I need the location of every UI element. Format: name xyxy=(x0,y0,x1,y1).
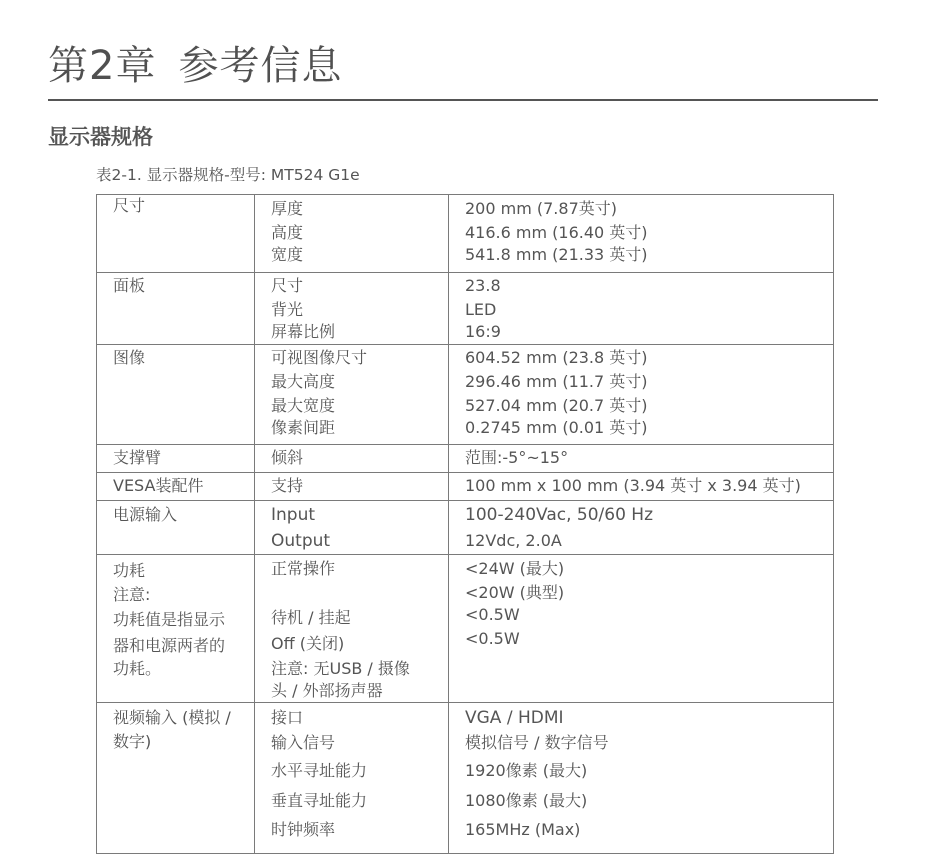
row-labels: Input Output xyxy=(255,501,449,555)
table-caption: 表2-1. 显示器规格-型号: MT524 G1e xyxy=(96,164,360,186)
table-row: 支撑臂 倾斜 范围:-5°~15° xyxy=(97,445,834,473)
row-labels: 正常操作 待机 / 挂起 Off (关闭) 注意: 无USB / 摄像 头 / … xyxy=(255,555,449,703)
table-row: 尺寸 厚度 高度 宽度 200 mm (7.87英寸) 416.6 mm (16… xyxy=(97,195,834,273)
row-labels: 厚度 高度 宽度 xyxy=(255,195,449,273)
row-labels: 倾斜 xyxy=(255,445,449,473)
chapter-name: 参考信息 xyxy=(178,43,342,89)
section-title: 显示器规格 xyxy=(48,122,153,152)
row-labels: 支持 xyxy=(255,473,449,501)
row-values: 23.8 LED 16:9 xyxy=(449,273,834,345)
row-category: 图像 xyxy=(97,345,255,445)
table-row: 功耗 注意: 功耗值是指显示 器和电源两者的 功耗。 正常操作 待机 / 挂起 … xyxy=(97,555,834,703)
row-values: 604.52 mm (23.8 英寸) 296.46 mm (11.7 英寸) … xyxy=(449,345,834,445)
row-values: 100-240Vac, 50/60 Hz 12Vdc, 2.0A xyxy=(449,501,834,555)
row-category: 面板 xyxy=(97,273,255,345)
row-category: 支撑臂 xyxy=(97,445,255,473)
row-category: 电源输入 xyxy=(97,501,255,555)
chapter-title: 第2章参考信息 xyxy=(48,38,342,94)
table-row: 图像 可视图像尺寸 最大高度 最大宽度 像素间距 604.52 mm (23.8… xyxy=(97,345,834,445)
chapter-divider xyxy=(48,99,878,101)
table-row: 面板 尺寸 背光 屏幕比例 23.8 LED 16:9 xyxy=(97,273,834,345)
table-row: VESA装配件 支持 100 mm x 100 mm (3.94 英寸 x 3.… xyxy=(97,473,834,501)
row-values: VGA / HDMI 模拟信号 / 数字信号 1920像素 (最大) 1080像… xyxy=(449,703,834,854)
row-category: 尺寸 xyxy=(97,195,255,273)
row-category: 视频输入 (模拟 / 数字) xyxy=(97,703,255,854)
row-values: <24W (最大) <20W (典型) <0.5W <0.5W xyxy=(449,555,834,703)
row-labels: 尺寸 背光 屏幕比例 xyxy=(255,273,449,345)
spec-table: 尺寸 厚度 高度 宽度 200 mm (7.87英寸) 416.6 mm (16… xyxy=(96,194,834,854)
row-labels: 可视图像尺寸 最大高度 最大宽度 像素间距 xyxy=(255,345,449,445)
chapter-number: 第2章 xyxy=(48,43,156,89)
table-row: 视频输入 (模拟 / 数字) 接口 输入信号 水平寻址能力 垂直寻址能力 时钟频… xyxy=(97,703,834,854)
row-category: VESA装配件 xyxy=(97,473,255,501)
table-row: 电源输入 Input Output 100-240Vac, 50/60 Hz 1… xyxy=(97,501,834,555)
row-category: 功耗 注意: 功耗值是指显示 器和电源两者的 功耗。 xyxy=(97,555,255,703)
row-values: 100 mm x 100 mm (3.94 英寸 x 3.94 英寸) xyxy=(449,473,834,501)
row-labels: 接口 输入信号 水平寻址能力 垂直寻址能力 时钟频率 xyxy=(255,703,449,854)
row-values: 200 mm (7.87英寸) 416.6 mm (16.40 英寸) 541.… xyxy=(449,195,834,273)
row-values: 范围:-5°~15° xyxy=(449,445,834,473)
